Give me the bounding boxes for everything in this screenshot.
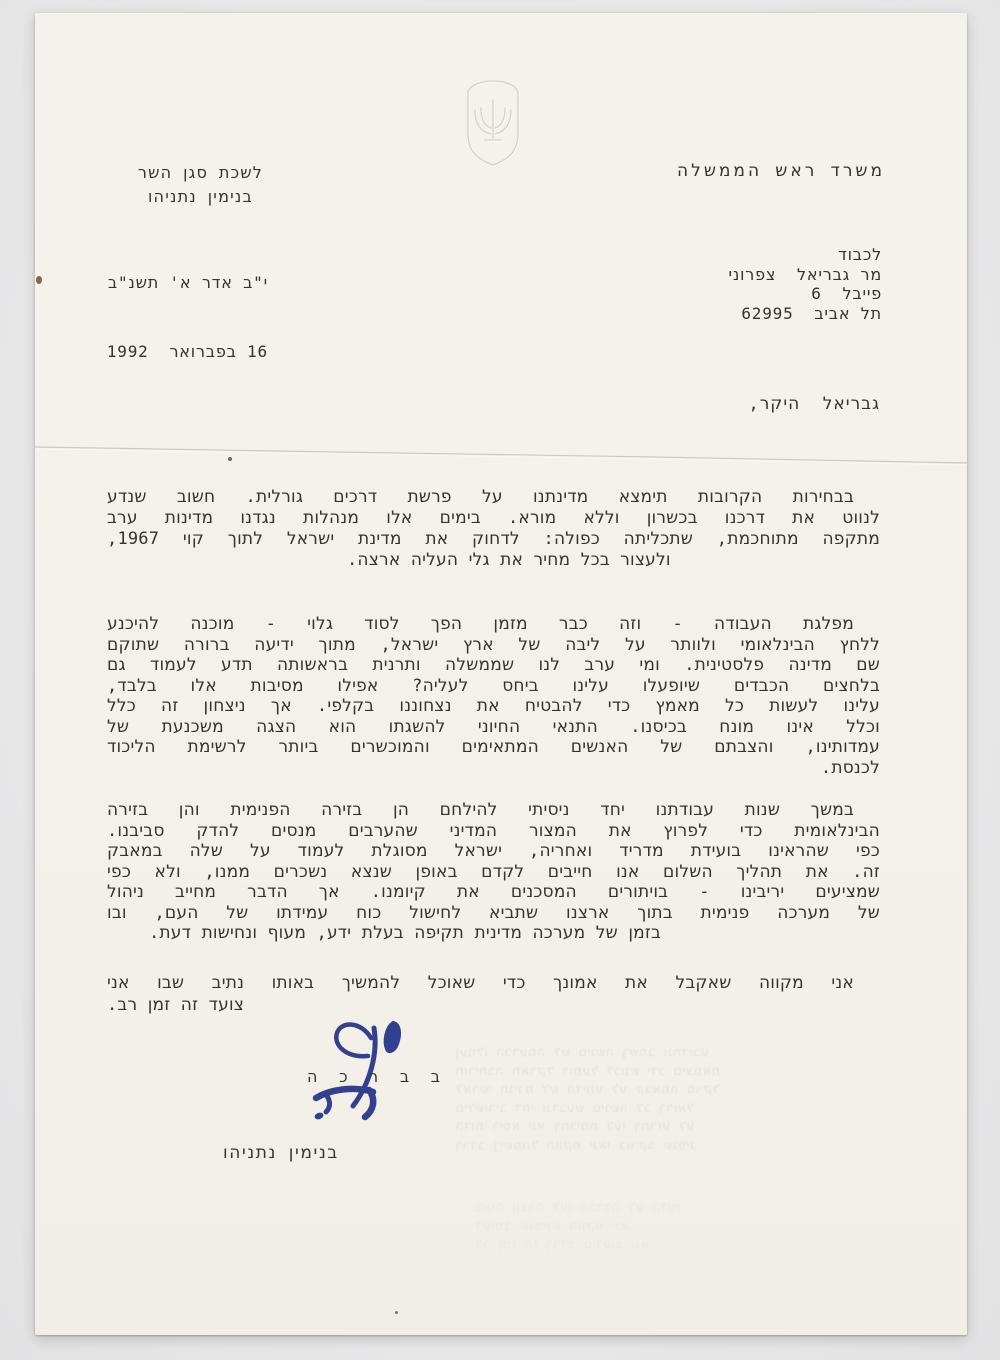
- text-line: ללחץ הבינלאומי ולוותר על ליבה של ארץ ישר…: [107, 635, 880, 656]
- embossed-state-emblem: [458, 76, 528, 170]
- text-line: עמדותינו, והצבתם של האנשים המתאימים והמו…: [107, 737, 880, 758]
- verso-bleedthrough-upper: ןעמלו הכרעמה לש םינשה ךשמב ונתדובעתוריחב…: [455, 1043, 945, 1154]
- date-gregorian: 16 בפברואר 1992: [107, 340, 268, 363]
- salutation: גבריאל היקר,: [748, 394, 880, 414]
- letterhead-bureau: לשכת סגן השר בנימין נתניהו: [113, 161, 288, 209]
- verso-bleedthrough-lower: בוטה ןוצרה לעו הכרבה לע הדותדעומב שגפינש…: [475, 1198, 795, 1254]
- typed-signatory-name: בנימין נתניהו: [223, 1143, 339, 1163]
- fold-crease-line: [35, 428, 967, 468]
- text-line: תל אביב 62995: [729, 304, 883, 324]
- text-line: צועד זה זמן רב.: [107, 994, 880, 1016]
- text-line: בלחצים הכבדים שיופעלו עלינו ביחס לעליה? …: [107, 676, 880, 697]
- letterhead-office: משרד ראש הממשלה: [677, 161, 885, 181]
- text-line: עלינו לעשות כל מאמץ כדי להבטיח את נצחוננ…: [107, 696, 880, 717]
- text-line: בוטה ןוצרה לעו הכרבה לע הדות: [475, 1198, 795, 1217]
- text-line: במשך שנות עבודתנו יחד ניסיתי להילחם הן ב…: [107, 800, 880, 821]
- text-line: בר ןמז הז ךרדב םידעוצ ונא: [475, 1235, 795, 1254]
- text-line: לכבוד: [729, 245, 883, 265]
- text-line: לכנסת.: [107, 758, 880, 779]
- text-line: תוריחבה תארקל דומעל לכונש ידכ םיצמאמ: [455, 1062, 945, 1081]
- text-line: םילשוריב דחי ונדבעש םינשה לכ ךרואל: [455, 1099, 945, 1118]
- recipient-address: לכבודמר גבריאל צפרוניפייבל 6תל אביב 6299…: [729, 245, 883, 323]
- text-line: ןעמלו הכרעמה לש םינשה ךשמב ונתדובע: [455, 1043, 945, 1062]
- signature-ink: [291, 1006, 451, 1142]
- text-line: ולעצור בכל מחיר את גלי העליה ארצה.: [107, 550, 880, 571]
- text-line: הבינלאומית כדי לפרוץ את המצור המדיני שהע…: [107, 821, 880, 842]
- text-line: מתקפה מתוחכמת, שתכליתה כפולה: לדחוק את מ…: [107, 529, 880, 550]
- text-line: לארשי תנידמ לש הדיתע לע קבאמה םויקל: [455, 1080, 945, 1099]
- text-line: פייבל 6: [729, 284, 883, 304]
- bureau-name: בנימין נתניהו: [113, 185, 288, 209]
- paragraph-3: במשך שנות עבודתנו יחד ניסיתי להילחם הן ב…: [107, 800, 880, 944]
- paragraph-1: בבחירות הקרובות תימצא מדינתנו על פרשת דר…: [107, 487, 880, 571]
- paper-speck: [36, 276, 42, 284]
- text-line: דעומב שגפינש הווקמ ינא: [475, 1217, 795, 1236]
- scan-background: { "page": { "description": "Scanned type…: [0, 0, 1000, 1360]
- text-line: וכלל אינו מונח בכיסנו. התנאי החיוני להשג…: [107, 717, 880, 738]
- text-line: שם מדינה פלסטינית. ומי ערב לנו שממשלה ות…: [107, 655, 880, 676]
- date-hebrew: י"ב אדר א' תשנ"ב: [107, 271, 268, 294]
- text-line: ךרדב ךישמהל הווקמ ינאו בורקב שגפינ: [455, 1136, 945, 1155]
- text-line: בבחירות הקרובות תימצא מדינתנו על פרשת דר…: [107, 487, 880, 508]
- paper-speck: [228, 457, 232, 461]
- text-line: מר גבריאל צפרוני: [729, 265, 883, 285]
- text-line: לנווט את דרכנו בכשרון וללא מורא. בימים א…: [107, 508, 880, 529]
- text-line: אני מקווה שאקבל את אמונך כדי שאוכל להמשי…: [107, 972, 880, 994]
- paper-speck: [395, 1311, 398, 1314]
- paragraph-4: אני מקווה שאקבל את אמונך כדי שאוכל להמשי…: [107, 972, 880, 1016]
- text-line: מפלגת העבודה - וזה כבר מזמן הפך לסוד גלו…: [107, 614, 880, 635]
- letter-paper: משרד ראש הממשלה לשכת סגן השר בנימין נתני…: [35, 13, 967, 1335]
- text-line: שמציעים יריבינו - בויתורים המסכנים את קי…: [107, 882, 880, 903]
- paragraph-2: מפלגת העבודה - וזה כבר מזמן הפך לסוד גלו…: [107, 614, 880, 778]
- text-line: כפי שהראינו בועידת מדריד ואחריה, ישראל מ…: [107, 841, 880, 862]
- text-line: של מערכה פנימית בתוך ארצנו שתביא לחישול …: [107, 903, 880, 924]
- text-line: הדות ריסא ינא ךתכימת לעו ךתרזע לע: [455, 1117, 945, 1136]
- text-line: בזמן של מערכה מדינית תקיפה בעלת ידע, מעו…: [107, 923, 880, 944]
- date-block: י"ב אדר א' תשנ"ב 16 בפברואר 1992: [107, 225, 268, 409]
- bureau-title: לשכת סגן השר: [113, 161, 288, 185]
- text-line: זה. את תהליך השלום אנו חייבים לקדם באופן…: [107, 862, 880, 883]
